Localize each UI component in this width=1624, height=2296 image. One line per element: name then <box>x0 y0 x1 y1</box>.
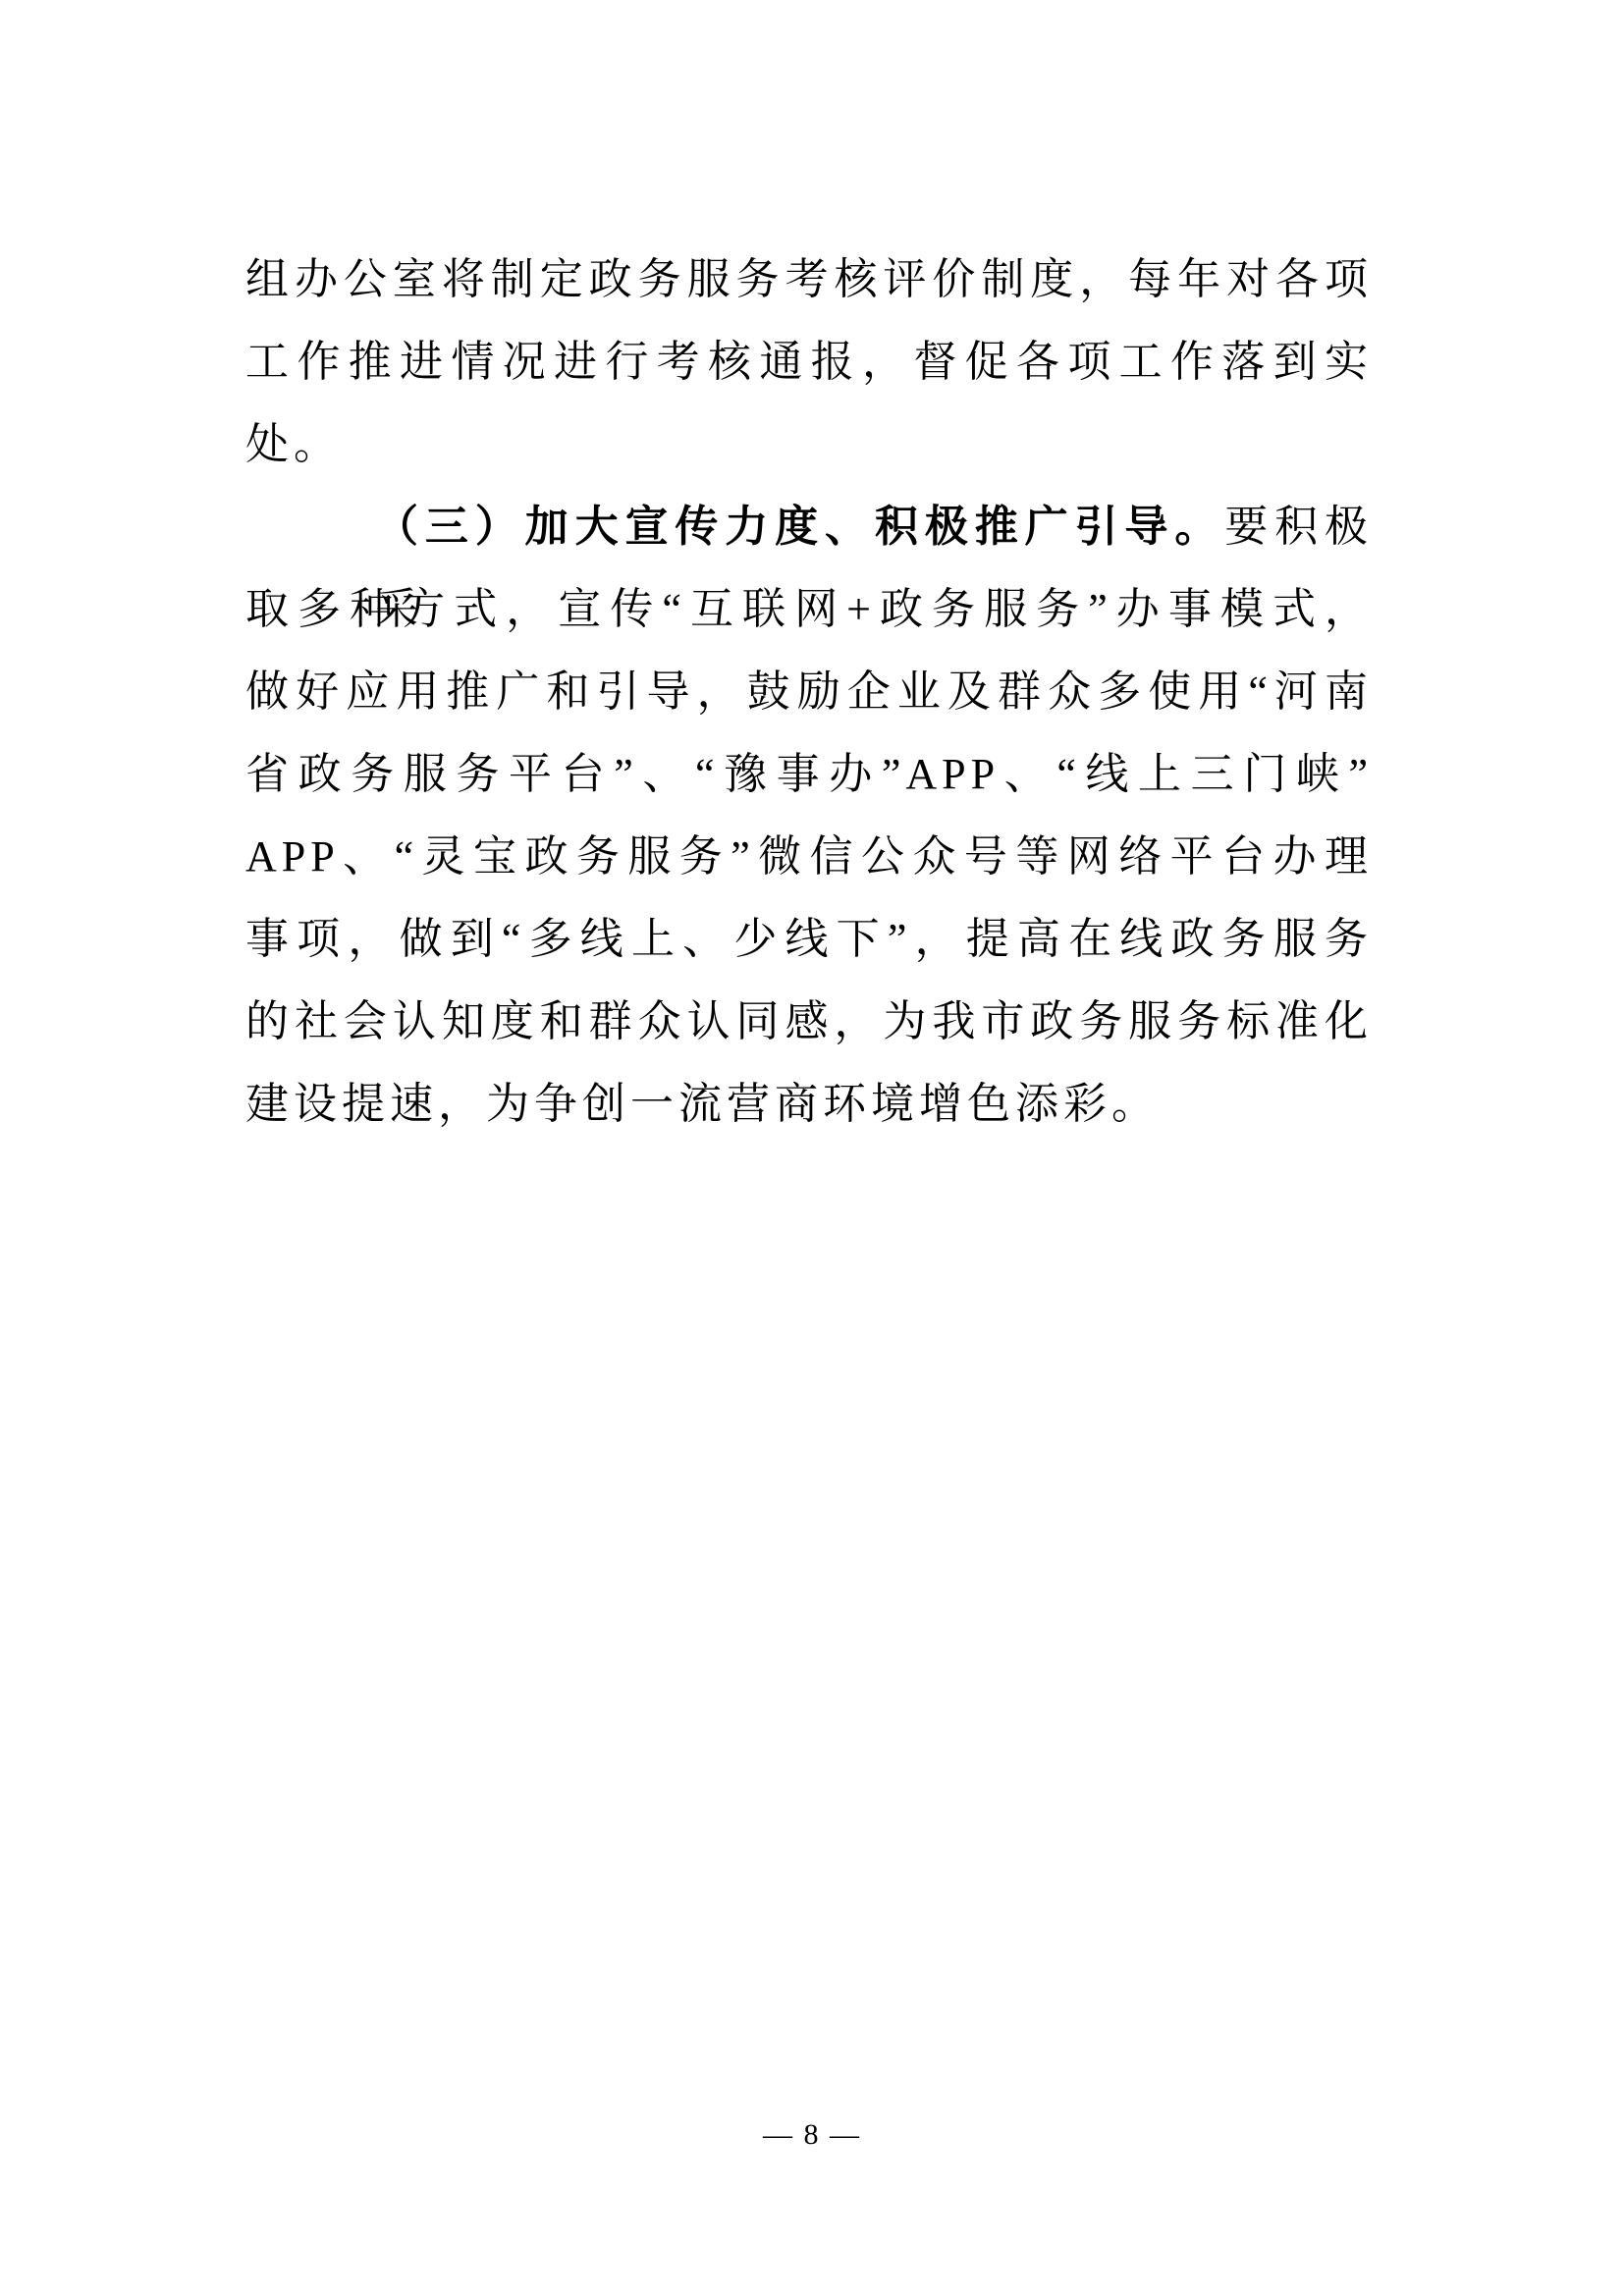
section-heading-text: （三）加大宣传力度、积极推广引导。 <box>375 503 1224 551</box>
text-line: 的社会认知度和群众认同感，为我市政务服务标准化 <box>245 981 1373 1063</box>
body-text: 的社会认知度和群众认同感，为我市政务服务标准化 <box>245 997 1373 1045</box>
document-body: 组办公室将制定政务服务考核评价制度，每年对各项工作推进情况进行考核通报，督促各项… <box>245 239 1373 1146</box>
body-text: 做好应用推广和引导，鼓励企业及群众多使用“河南 <box>245 667 1373 716</box>
body-text: 建设提速，为争创一流营商环境增色添彩。 <box>245 1080 1160 1128</box>
document-page: 组办公室将制定政务服务考核评价制度，每年对各项工作推进情况进行考核通报，督促各项… <box>0 0 1624 2296</box>
text-line: （三）加大宣传力度、积极推广引导。要积极采 <box>245 486 1373 568</box>
page-number: — 8 — <box>0 2118 1624 2152</box>
body-text: 工作推进情况进行考核通报，督促各项工作落到实 <box>245 338 1373 386</box>
body-text: 取多种方式，宣传“互联网+政务服务”办事模式， <box>245 585 1373 633</box>
body-text: 省政务服务平台”、“豫事办”APP、“线上三门峡” <box>245 750 1373 798</box>
body-text: APP、“灵宝政务服务”微信公众号等网络平台办理 <box>245 832 1373 881</box>
text-line: APP、“灵宝政务服务”微信公众号等网络平台办理 <box>245 816 1373 898</box>
text-line: 建设提速，为争创一流营商环境增色添彩。 <box>245 1063 1373 1146</box>
body-text: 组办公室将制定政务服务考核评价制度，每年对各项 <box>245 255 1373 303</box>
text-line: 组办公室将制定政务服务考核评价制度，每年对各项 <box>245 239 1373 321</box>
body-text: 事项，做到“多线上、少线下”，提高在线政务服务 <box>245 915 1373 963</box>
text-line: 做好应用推广和引导，鼓励企业及群众多使用“河南 <box>245 651 1373 733</box>
text-line: 事项，做到“多线上、少线下”，提高在线政务服务 <box>245 898 1373 981</box>
text-line: 取多种方式，宣传“互联网+政务服务”办事模式， <box>245 568 1373 651</box>
body-text: 处。 <box>245 420 342 468</box>
text-line: 处。 <box>245 403 1373 486</box>
text-line: 工作推进情况进行考核通报，督促各项工作落到实 <box>245 321 1373 403</box>
text-line: 省政务服务平台”、“豫事办”APP、“线上三门峡” <box>245 733 1373 816</box>
